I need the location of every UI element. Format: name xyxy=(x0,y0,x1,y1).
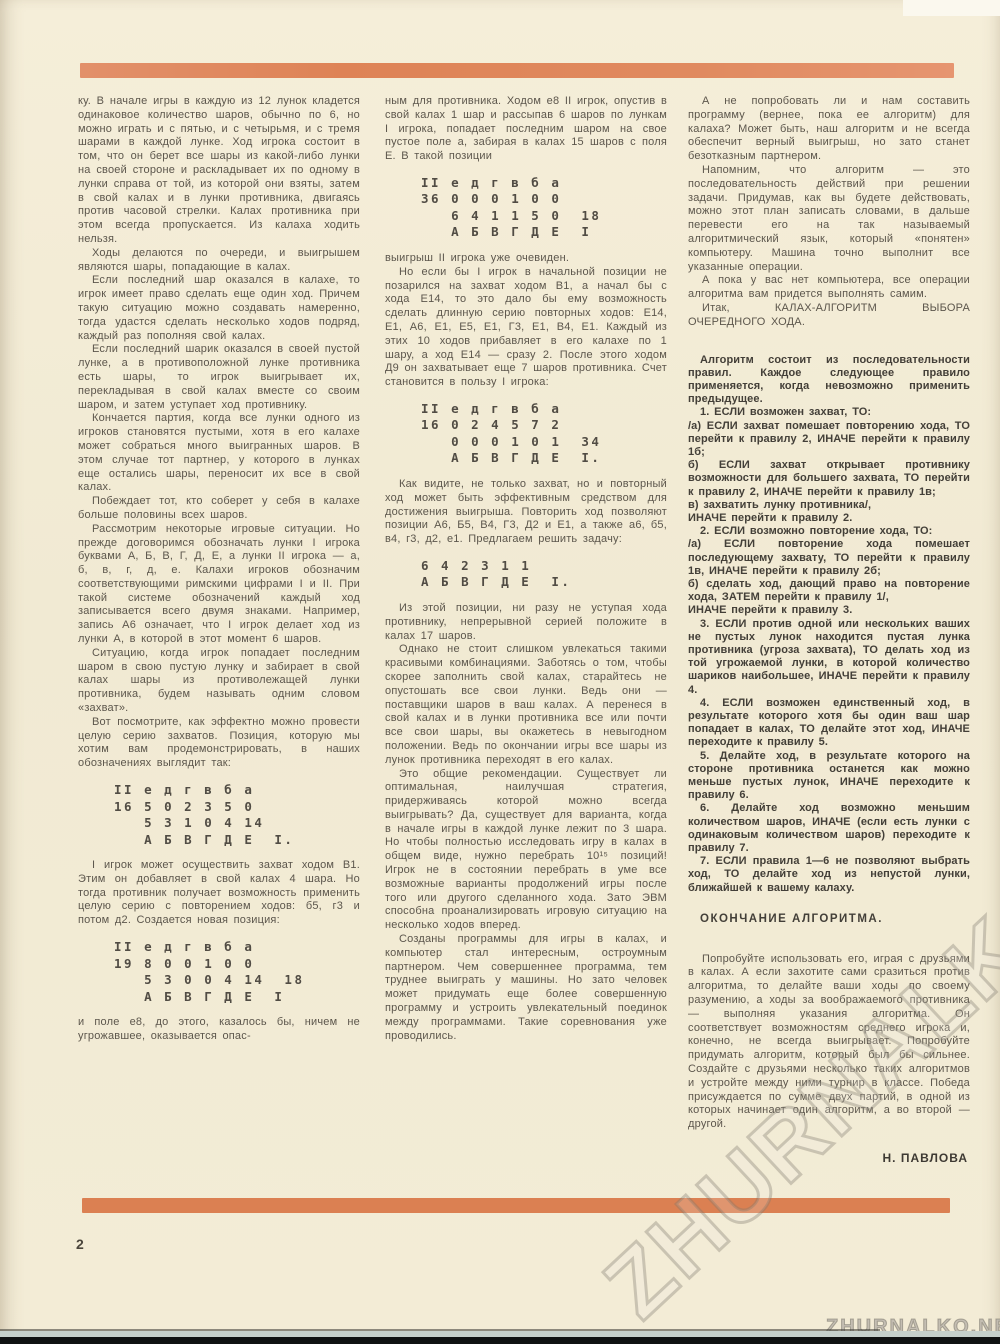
paragraph: А пока у вас нет компьютера, все операци… xyxy=(688,274,970,302)
position-diagram: II е д г в б а 16 5 0 2 3 5 0 5 3 1 0 4 … xyxy=(114,782,360,848)
paragraph: Это общие рекомендации. Существует ли оп… xyxy=(385,768,667,934)
paragraph: Но если бы I игрок в начальной позиции н… xyxy=(385,266,667,390)
paragraph: Ситуацию, когда игрок попадает последним… xyxy=(78,647,360,716)
paragraph: Как видите, не только захват, но и повто… xyxy=(385,478,667,547)
paragraph: Рассмотрим некоторые игровые ситуации. Н… xyxy=(78,523,360,647)
paragraph: Итак, КАЛАХ-АЛГОРИТМ ВЫБОРА ОЧЕРЕДНОГО Х… xyxy=(688,302,970,330)
text-column-1: ку. В начале игры в каждую из 12 лунок к… xyxy=(78,95,360,1044)
paragraph: Из этой позиции, ни разу не уступая хода… xyxy=(385,602,667,643)
paragraph: А не попробовать ли и нам составить прог… xyxy=(688,95,970,164)
algorithm-end-heading: ОКОНЧАНИЕ АЛГОРИТМА. xyxy=(688,913,970,927)
magazine-page: ку. В начале игры в каждую из 12 лунок к… xyxy=(0,0,1000,1344)
algorithm-rule: /а) ЕСЛИ захват помешает повторению хода… xyxy=(688,420,970,460)
position-diagram: II е д г в б а 16 0 2 4 5 7 2 0 0 0 1 0 … xyxy=(421,401,667,467)
paragraph: ку. В начале игры в каждую из 12 лунок к… xyxy=(78,95,360,247)
paragraph: Однако не стоит слишком увлекаться таким… xyxy=(385,643,667,767)
paragraph: Если последний шар оказался в калахе, то… xyxy=(78,274,360,343)
paragraph: Если последний шарик оказался в своей пу… xyxy=(78,343,360,412)
paragraph: Кончается партия, когда все лунки одного… xyxy=(78,412,360,495)
top-divider-bar xyxy=(80,63,954,78)
algorithm-rule: /а) ЕСЛИ повторение хода помешает послед… xyxy=(688,538,970,578)
paragraph: Побеждает тот, кто соберет у себя в кала… xyxy=(78,495,360,523)
paragraph: Ходы делаются по очереди, и выигрышем яв… xyxy=(78,247,360,275)
algorithm-rule: 2. ЕСЛИ возможно повторение хода, ТО: xyxy=(688,525,970,538)
algorithm-rule: 5. Делайте ход, в результате которого на… xyxy=(688,750,970,803)
page-number: 2 xyxy=(76,1236,84,1252)
bottom-divider-bar xyxy=(82,1198,950,1213)
text-column-2: ным для противника. Ходом е8 II игрок, о… xyxy=(385,95,667,1043)
algorithm-rule: ИНАЧЕ перейти к правилу 3. xyxy=(688,604,970,617)
paragraph: Вот посмотрите, как эффектно можно прове… xyxy=(78,716,360,771)
algorithm-rule: 6. Делайте ход возможно меньшим количест… xyxy=(688,802,970,855)
algorithm-rule: 3. ЕСЛИ против одной или нескольких ваши… xyxy=(688,618,970,697)
page-corner-highlight xyxy=(903,0,1000,16)
algorithm-rule: 4. ЕСЛИ возможен единственный ход, в рез… xyxy=(688,697,970,750)
algorithm-intro: Алгоритм состоит из последовательности п… xyxy=(688,354,970,407)
algorithm-rule: б) сделать ход, дающий право на повторен… xyxy=(688,578,970,604)
position-diagram: II е д г в б а 19 8 0 0 1 0 0 5 3 0 0 4 … xyxy=(114,939,360,1005)
position-diagram: 6 4 2 3 1 1 А Б В Г Д Е I. xyxy=(421,558,667,591)
paragraph: Созданы программы для игры в калах, и ко… xyxy=(385,933,667,1043)
algorithm-rule: в) захватить лунку противника/, xyxy=(688,499,970,512)
paragraph: Напомним, что алгоритм — это последовате… xyxy=(688,164,970,274)
paragraph: ным для противника. Ходом е8 II игрок, о… xyxy=(385,95,667,164)
algorithm-rule: ИНАЧЕ перейти к правилу 2. xyxy=(688,512,970,525)
paragraph: I игрок может осуществить захват ходом В… xyxy=(78,859,360,928)
paragraph: выигрыш II игрока уже очевиден. xyxy=(385,252,667,266)
algorithm-rule: б) ЕСЛИ захват открывает противнику возм… xyxy=(688,459,970,499)
paragraph: и поле е8, до этого, казалось бы, ничем … xyxy=(78,1016,360,1044)
algorithm-rule: 7. ЕСЛИ правила 1—6 не позволяют выбрать… xyxy=(688,855,970,895)
position-diagram: II е д г в б а 36 0 0 0 1 0 0 6 4 1 1 5 … xyxy=(421,175,667,241)
algorithm-rule: 1. ЕСЛИ возможен захват, ТО: xyxy=(688,406,970,419)
scan-edge-dark-band xyxy=(0,1337,1000,1344)
